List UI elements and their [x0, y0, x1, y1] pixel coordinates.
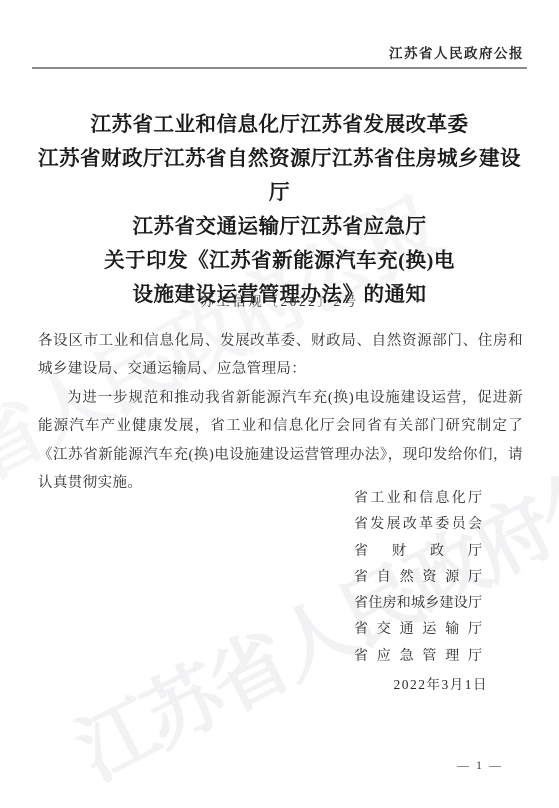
masthead-divider-rule	[32, 67, 527, 69]
signature-department: 省交通运输厅	[354, 617, 482, 643]
signature-department: 省发展改革委员会	[354, 512, 482, 538]
gazette-page: 江苏省人民政府公报 江苏省人民政府公报 江苏省人民政府公报 江苏省工业和信息化厅…	[0, 0, 559, 808]
signature-department: 省工业和信息化厅	[354, 486, 482, 512]
body-paragraph: 为进一步规范和推动我省新能源汽车充(换)电设施建设运营，促进新能源汽车产业健康发…	[38, 384, 523, 498]
signature-department: 省自然资源厅	[354, 565, 482, 591]
signature-department: 省住房和城乡建设厅	[354, 591, 482, 617]
salutation-paragraph: 各设区市工业和信息化局、发展改革委、财政局、自然资源部门、住房和城乡建设局、交通…	[38, 327, 523, 384]
document-date: 2022年3月1日	[354, 672, 488, 698]
title-line: 关于印发《江苏省新能源汽车充(换)电	[28, 244, 531, 278]
page-number: — 1 —	[457, 758, 503, 773]
gazette-masthead-title: 江苏省人民政府公报	[389, 42, 524, 62]
title-line: 江苏省工业和信息化厅江苏省发展改革委	[28, 108, 531, 142]
signature-department: 省财政厅	[354, 539, 482, 565]
signature-department: 省应急管理厅	[354, 644, 482, 670]
title-line: 江苏省交通运输厅江苏省应急厅	[28, 210, 531, 244]
title-line: 江苏省财政厅江苏省自然资源厅江苏省住房城乡建设厅	[28, 142, 531, 210]
document-reference-number: 苏工信规〔2022〕2号	[0, 290, 559, 310]
document-title: 江苏省工业和信息化厅江苏省发展改革委 江苏省财政厅江苏省自然资源厅江苏省住房城乡…	[28, 108, 531, 312]
signature-block: 省工业和信息化厅 省发展改革委员会 省财政厅 省自然资源厅 省住房和城乡建设厅 …	[354, 486, 482, 698]
document-body: 各设区市工业和信息化局、发展改革委、财政局、自然资源部门、住房和城乡建设局、交通…	[38, 327, 523, 497]
